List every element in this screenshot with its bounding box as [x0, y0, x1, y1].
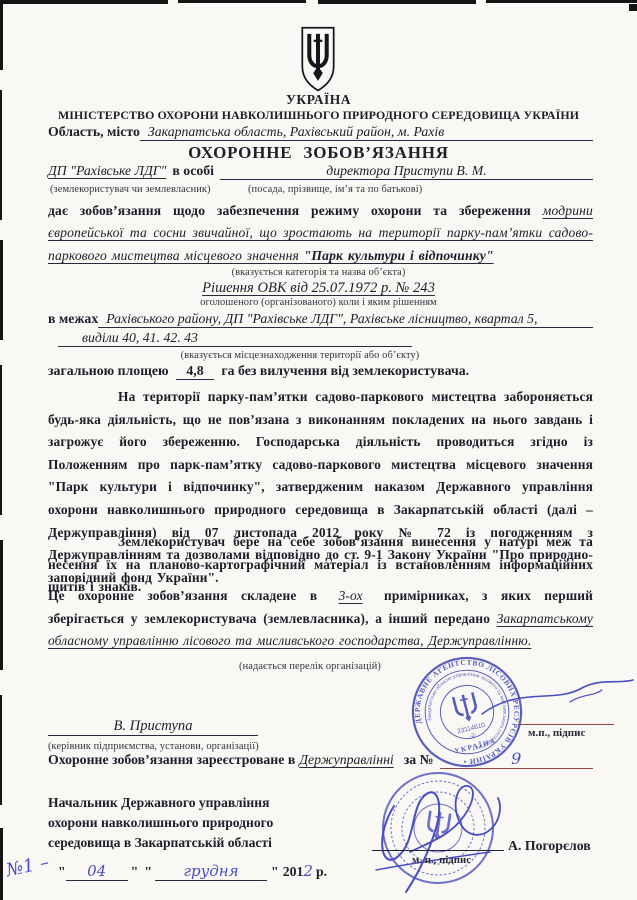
region-line: Область, місто Закарпатська область, Рах… [48, 124, 593, 141]
quote-mark: " [141, 864, 155, 880]
head-name: В. Приступа [48, 718, 258, 736]
area-label-1: загальною площею [48, 363, 169, 378]
signature-official [352, 758, 527, 898]
seal-code-sub: -2- [469, 732, 477, 739]
region-value: Закарпатська область, Рахівський район, … [140, 124, 593, 141]
date-line: " 04 " " грудня " 201 2 р. [58, 862, 378, 881]
scanned-document-page: УКРАЇНА МІНІСТЕРСТВО ОХОРОНИ НАВКОЛИШНЬО… [0, 0, 637, 900]
date-year-printed: 201 [283, 864, 304, 880]
caption-landuser: (землекористувач чи землевласник) [50, 184, 211, 195]
scan-edge-artifact [178, 0, 306, 3]
scan-edge-artifact [0, 828, 3, 900]
object-name: "Парк культури і відпочинку" [304, 248, 494, 263]
region-label: Область, місто [48, 124, 140, 140]
within-label: в межах [48, 311, 98, 327]
official-name: А. Погорєлов [508, 838, 591, 854]
within-value-2: виділи 40, 41. 42. 43 [58, 330, 412, 347]
area-value: 4,8 [176, 363, 214, 380]
org-value: ДП "Рахівське ЛДГ" [48, 163, 166, 179]
official-title-block: Начальник Державного управління охорони … [48, 793, 348, 853]
stamp-signature-line [518, 712, 614, 725]
official-title-line: охорони навколишнього природного [48, 813, 348, 833]
scan-edge-artifact [629, 4, 637, 11]
within-value-1: Рахівського району, ДП "Рахівське ЛДГ", … [98, 311, 593, 328]
date-year-suffix: р. [313, 864, 327, 880]
trident-icon [296, 26, 340, 94]
handwritten-number-prefix: №1 – [4, 852, 51, 882]
copies-value: 3-ох [331, 588, 371, 603]
stamp-sign-label-2: м. п., підпис [412, 854, 471, 866]
within-line: в межах Рахівського району, ДП "Рахівськ… [48, 311, 593, 328]
obligation-object-block: дає зобов’язання щодо забезпечення режим… [48, 200, 593, 266]
decision-value: Рішення ОВК від 25.07.1972 р. № 243 [0, 280, 637, 297]
date-year-handwritten: 2 [303, 862, 313, 880]
area-label-2: га без вилучення від землекористувача. [221, 363, 469, 378]
official-title-line: середовища в Закарпатській області [48, 833, 348, 853]
stamp-sign-label-1: м.п., підпис [528, 727, 585, 739]
country-label: УКРАЇНА [0, 92, 637, 108]
document-title: ОХОРОННЕ ЗОБОВ’ЯЗАННЯ [0, 143, 637, 163]
scan-edge-artifact [0, 695, 2, 805]
caption-person: (посада, прізвище, ім’я та по батькові) [248, 184, 422, 195]
obligation-lead: дає зобов’язання щодо забезпечення режим… [48, 203, 543, 218]
date-day-value: 04 [66, 862, 128, 881]
person-value: директора Приступи В. М. [220, 163, 593, 180]
date-month-value: грудня [155, 862, 267, 881]
scan-edge-artifact [0, 0, 168, 4]
seal-trident-icon [453, 692, 479, 723]
area-line: загальною площею 4,8 га без вилучення ві… [48, 363, 593, 380]
caption-decision: оголошеного (організованого) коли і яким… [0, 297, 637, 308]
scan-edge-artifact [318, 0, 476, 4]
quote-mark: " [58, 864, 66, 880]
scan-edge-artifact [486, 0, 637, 3]
copies-lead: Це охоронне зобов’язання складене в [48, 588, 331, 603]
official-signature-line [372, 836, 504, 851]
quote-mark: " [267, 864, 283, 880]
official-title-line: Начальник Державного управління [48, 793, 348, 813]
scan-edge-artifact [0, 0, 3, 70]
registered-label: Охоронне зобов’язання зареєстроване в [48, 752, 295, 768]
org-person-line: ДП "Рахівське ЛДГ" в особі директора При… [48, 163, 593, 180]
ministry-title: МІНІСТЕРСТВО ОХОРОНИ НАВКОЛИШНЬОГО ПРИРО… [0, 108, 637, 123]
in-person-label: в особі [166, 163, 220, 179]
ukraine-trident-emblem [296, 26, 340, 94]
scan-edge-artifact [0, 540, 3, 670]
caption-category: (вказується категорія та назва об’єкта) [0, 267, 637, 278]
quote-mark: " [128, 864, 142, 880]
scan-edge-artifact [0, 365, 2, 515]
caption-location: (вказується місцезнаходження території а… [140, 350, 460, 361]
